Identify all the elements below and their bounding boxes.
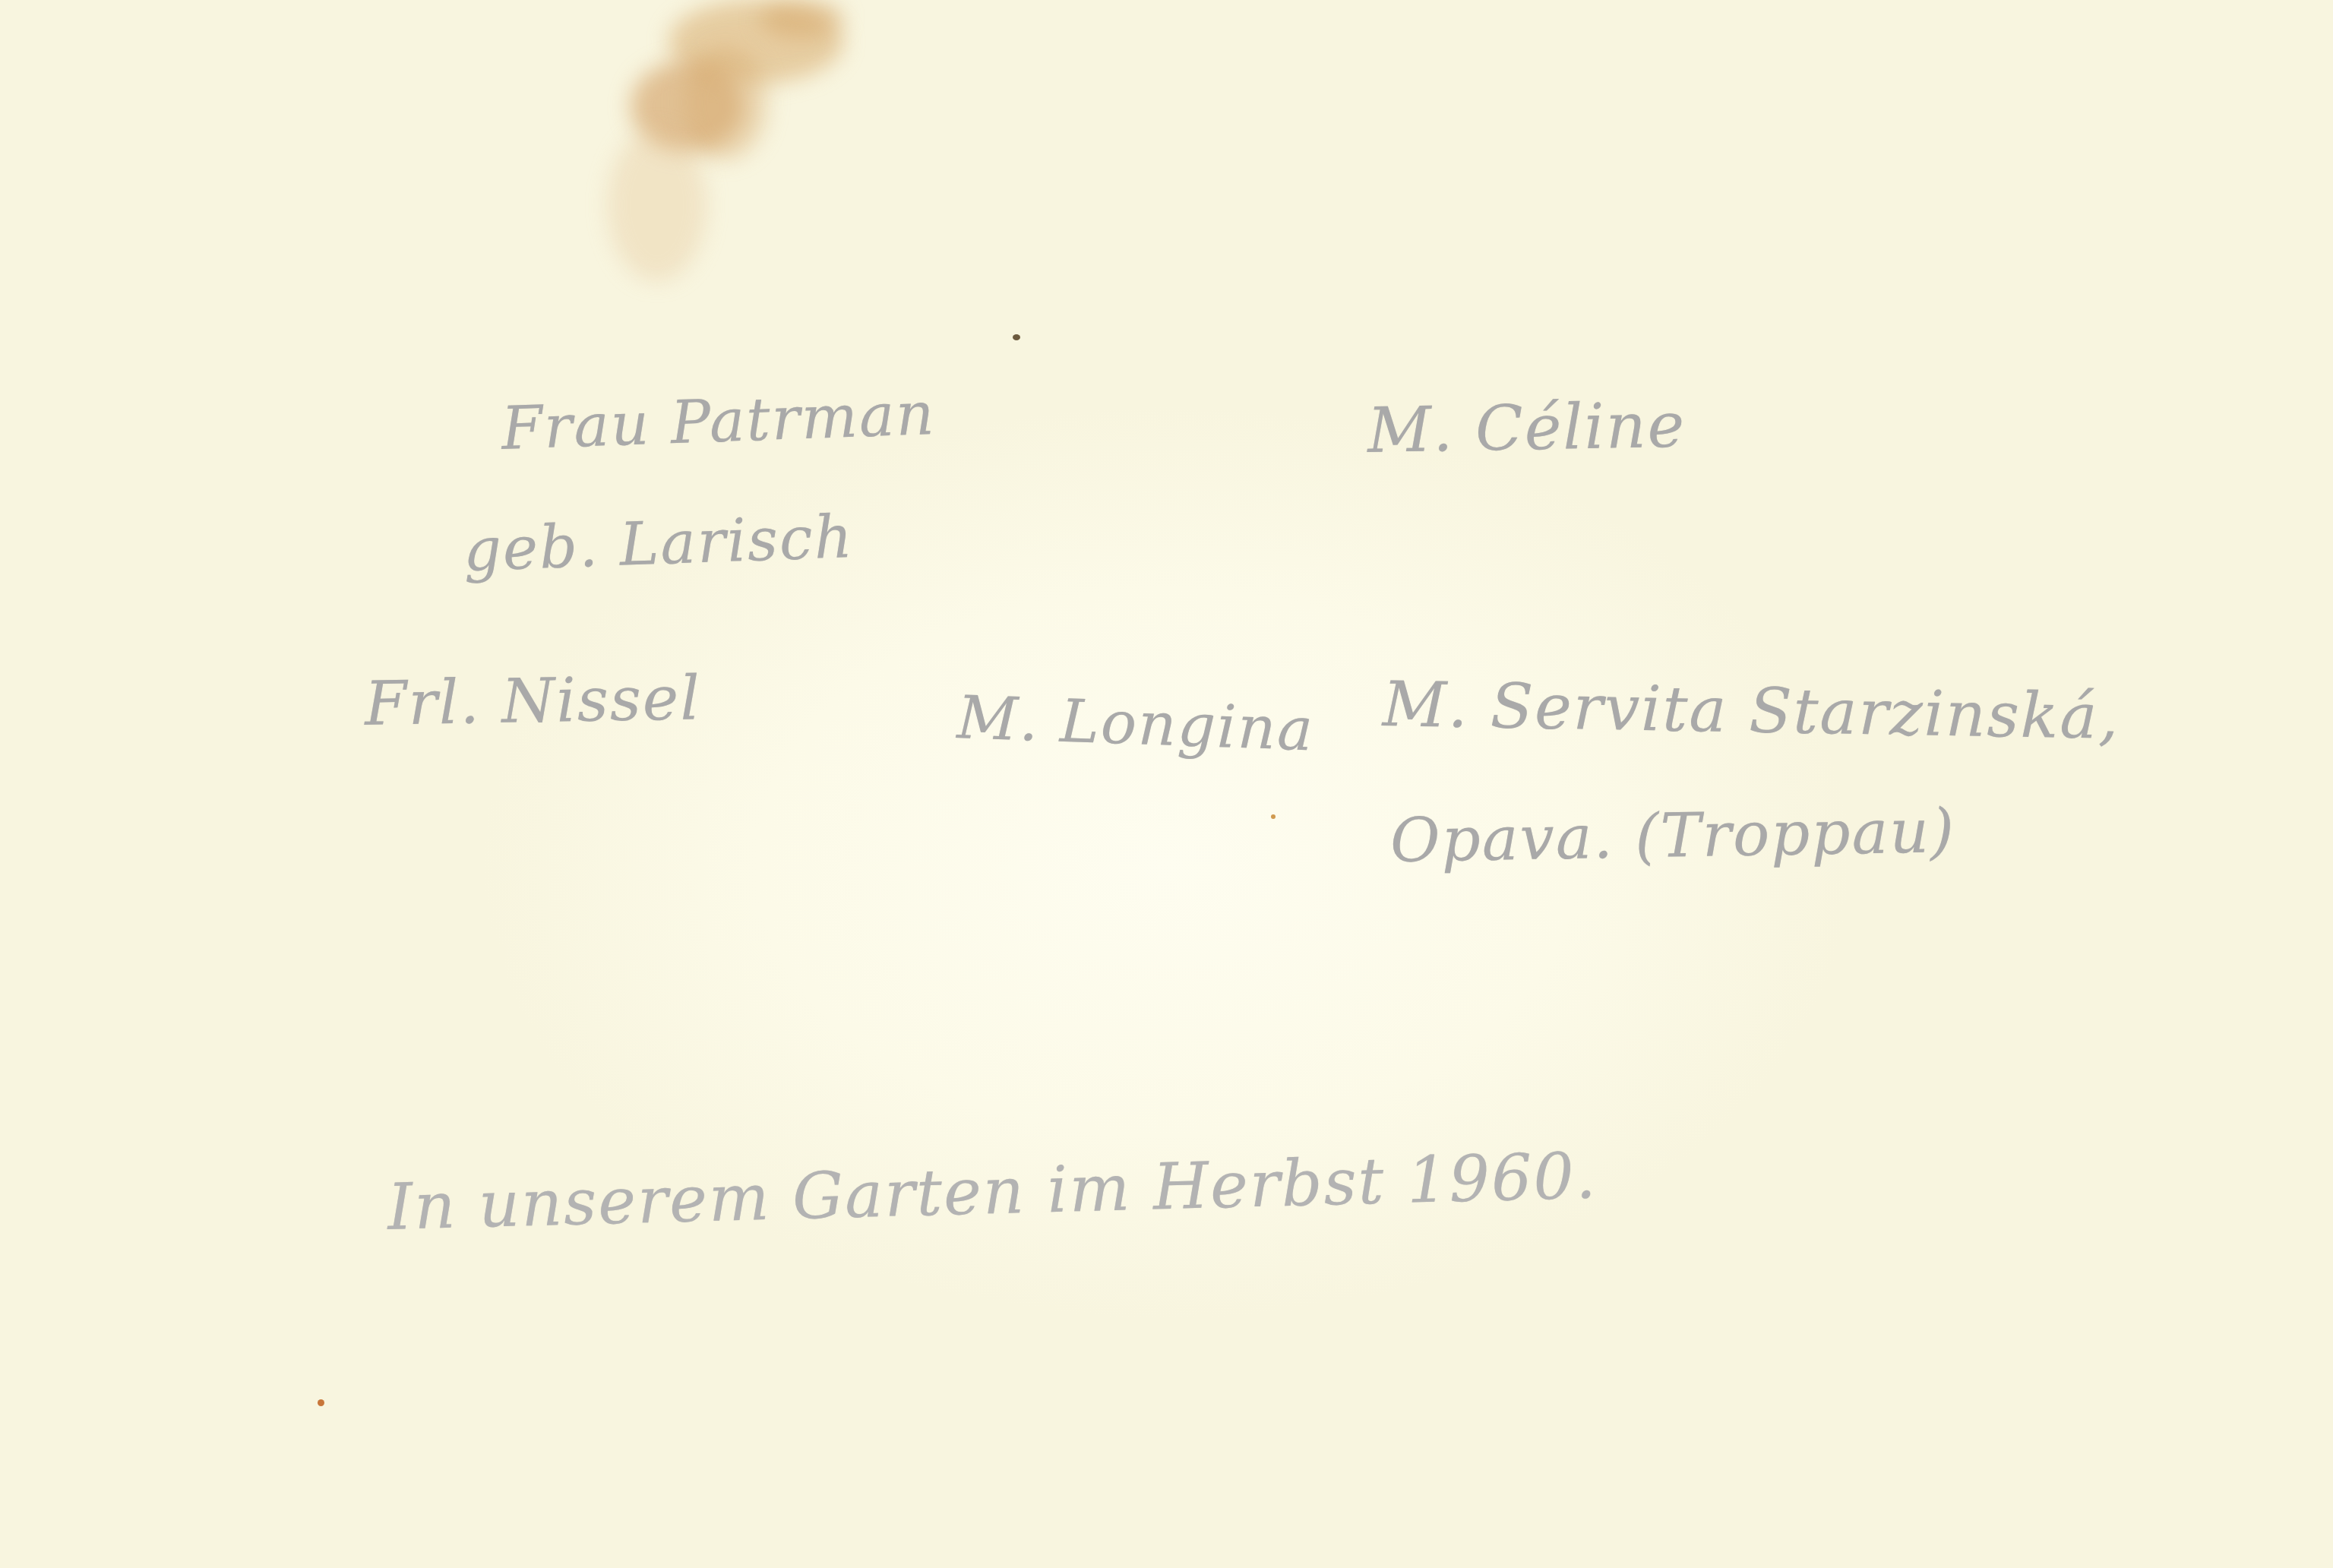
name-frl-nissel: Frl. Nissel [364,662,701,739]
name-m-celine: M. Céline [1367,390,1687,467]
name-frau-patrman: Frau Patrman [500,380,937,463]
dirt-speck [1271,814,1276,819]
name-m-longina: M. Longina [956,684,1315,764]
photo-reverse: Frau Patrman geb. Larisch M. Céline Frl.… [0,0,2333,1568]
dirt-speck [1013,334,1020,340]
name-geb-larisch: geb. Larisch [462,503,855,585]
photo-caption: In unserem Garten im Herbst 1960. [387,1138,1598,1244]
water-stain [760,0,843,38]
dirt-speck [318,1399,324,1406]
water-stain [608,129,707,281]
name-m-servita: M. Servita Starzinská, [1382,669,2120,754]
water-stain [684,46,767,160]
location-opava: Opava. (Troppau) [1389,795,1956,876]
